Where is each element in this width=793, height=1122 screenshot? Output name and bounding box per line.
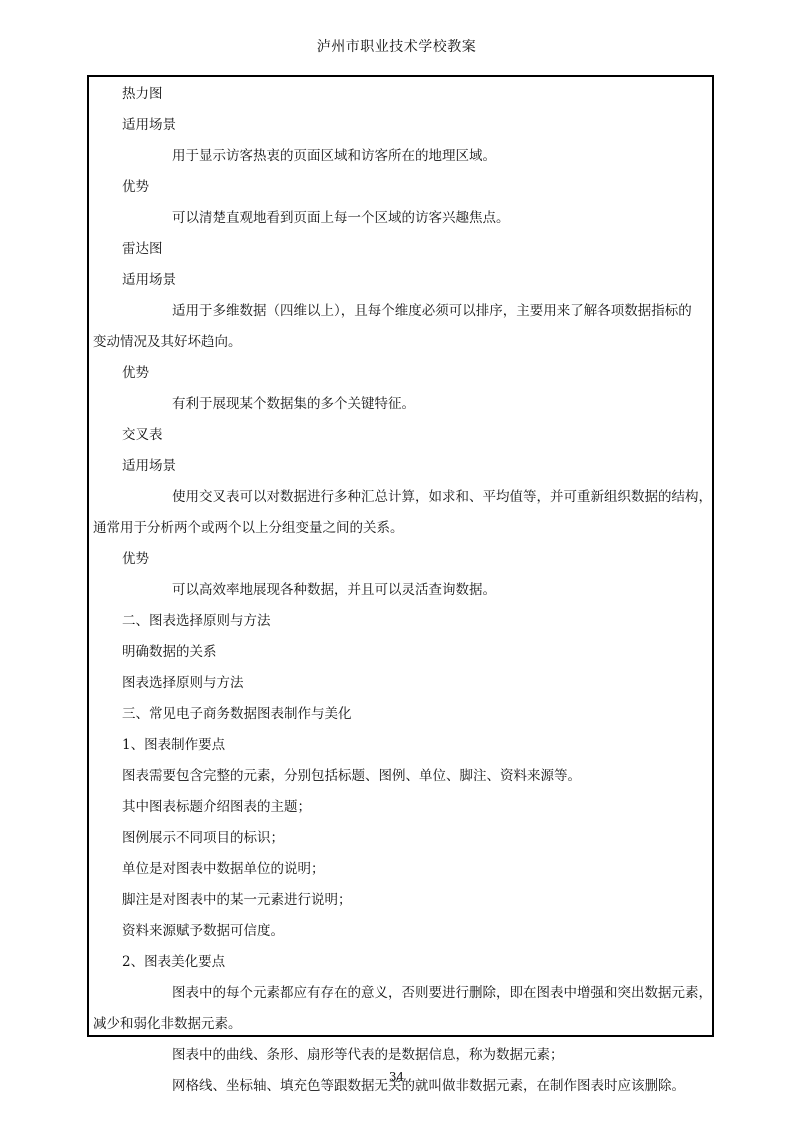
- content-heading-line: 交叉表: [122, 429, 163, 443]
- content-heading-line: 图例展示不同项目的标识；: [122, 832, 284, 846]
- content-heading-line: 适用场景: [122, 119, 176, 133]
- content-paragraph-line: 图表中的每个元素都应有存在的意义，否则要进行删除，即在图表中增强和突出数据元素，: [172, 987, 712, 1001]
- content-paragraph-line: 通常用于分析两个或两个以上分组变量之间的关系。: [93, 522, 404, 536]
- page-header-title: 泸州市职业技术学校教案: [0, 36, 793, 56]
- content-paragraph-line: 使用交叉表可以对数据进行多种汇总计算，如求和、平均值等，并可重新组织数据的结构，: [172, 491, 712, 505]
- content-heading-line: 资料来源赋予数据可信度。: [122, 925, 284, 939]
- content-heading-line: 二、图表选择原则与方法: [122, 615, 271, 629]
- content-heading-line: 优势: [122, 367, 149, 381]
- content-heading-line: 图表选择原则与方法: [122, 677, 244, 691]
- content-paragraph-line: 可以高效率地展现各种数据，并且可以灵活查询数据。: [172, 584, 496, 598]
- lesson-content-box: 热力图适用场景用于显示访客热衷的页面区域和访客所在的地理区域。优势可以清楚直观地…: [87, 75, 714, 1037]
- content-heading-line: 明确数据的关系: [122, 646, 217, 660]
- content-paragraph-line: 有利于展现某个数据集的多个关键特征。: [172, 398, 415, 412]
- content-paragraph-line: 变动情况及其好坏趋向。: [93, 336, 242, 350]
- content-heading-line: 雷达图: [122, 243, 163, 257]
- page-number: 34: [0, 1070, 793, 1084]
- content-heading-line: 适用场景: [122, 274, 176, 288]
- content-heading-line: 脚注是对图表中的某一元素进行说明；: [122, 894, 352, 908]
- content-paragraph-line: 减少和弱化非数据元素。: [93, 1018, 242, 1032]
- content-paragraph-line: 可以清楚直观地看到页面上每一个区域的访客兴趣焦点。: [172, 212, 510, 226]
- content-heading-line: 图表需要包含完整的元素，分别包括标题、图例、单位、脚注、资料来源等。: [122, 770, 581, 784]
- content-heading-line: 优势: [122, 553, 149, 567]
- content-heading-line: 单位是对图表中数据单位的说明；: [122, 863, 325, 877]
- content-heading-line: 三、常见电子商务数据图表制作与美化: [122, 708, 352, 722]
- content-paragraph-line: 适用于多维数据（四维以上），且每个维度必须可以排序，主要用来了解各项数据指标的: [172, 305, 692, 319]
- content-heading-line: 适用场景: [122, 460, 176, 474]
- content-paragraph-line: 用于显示访客热衷的页面区域和访客所在的地理区域。: [172, 150, 496, 164]
- content-heading-line: 其中图表标题介绍图表的主题；: [122, 801, 311, 815]
- content-heading-line: 2、图表美化要点: [122, 956, 225, 970]
- content-paragraph-line: 图表中的曲线、条形、扇形等代表的是数据信息，称为数据元素；: [172, 1049, 564, 1063]
- content-heading-line: 优势: [122, 181, 149, 195]
- content-heading-line: 热力图: [122, 88, 163, 102]
- content-heading-line: 1、图表制作要点: [122, 739, 225, 753]
